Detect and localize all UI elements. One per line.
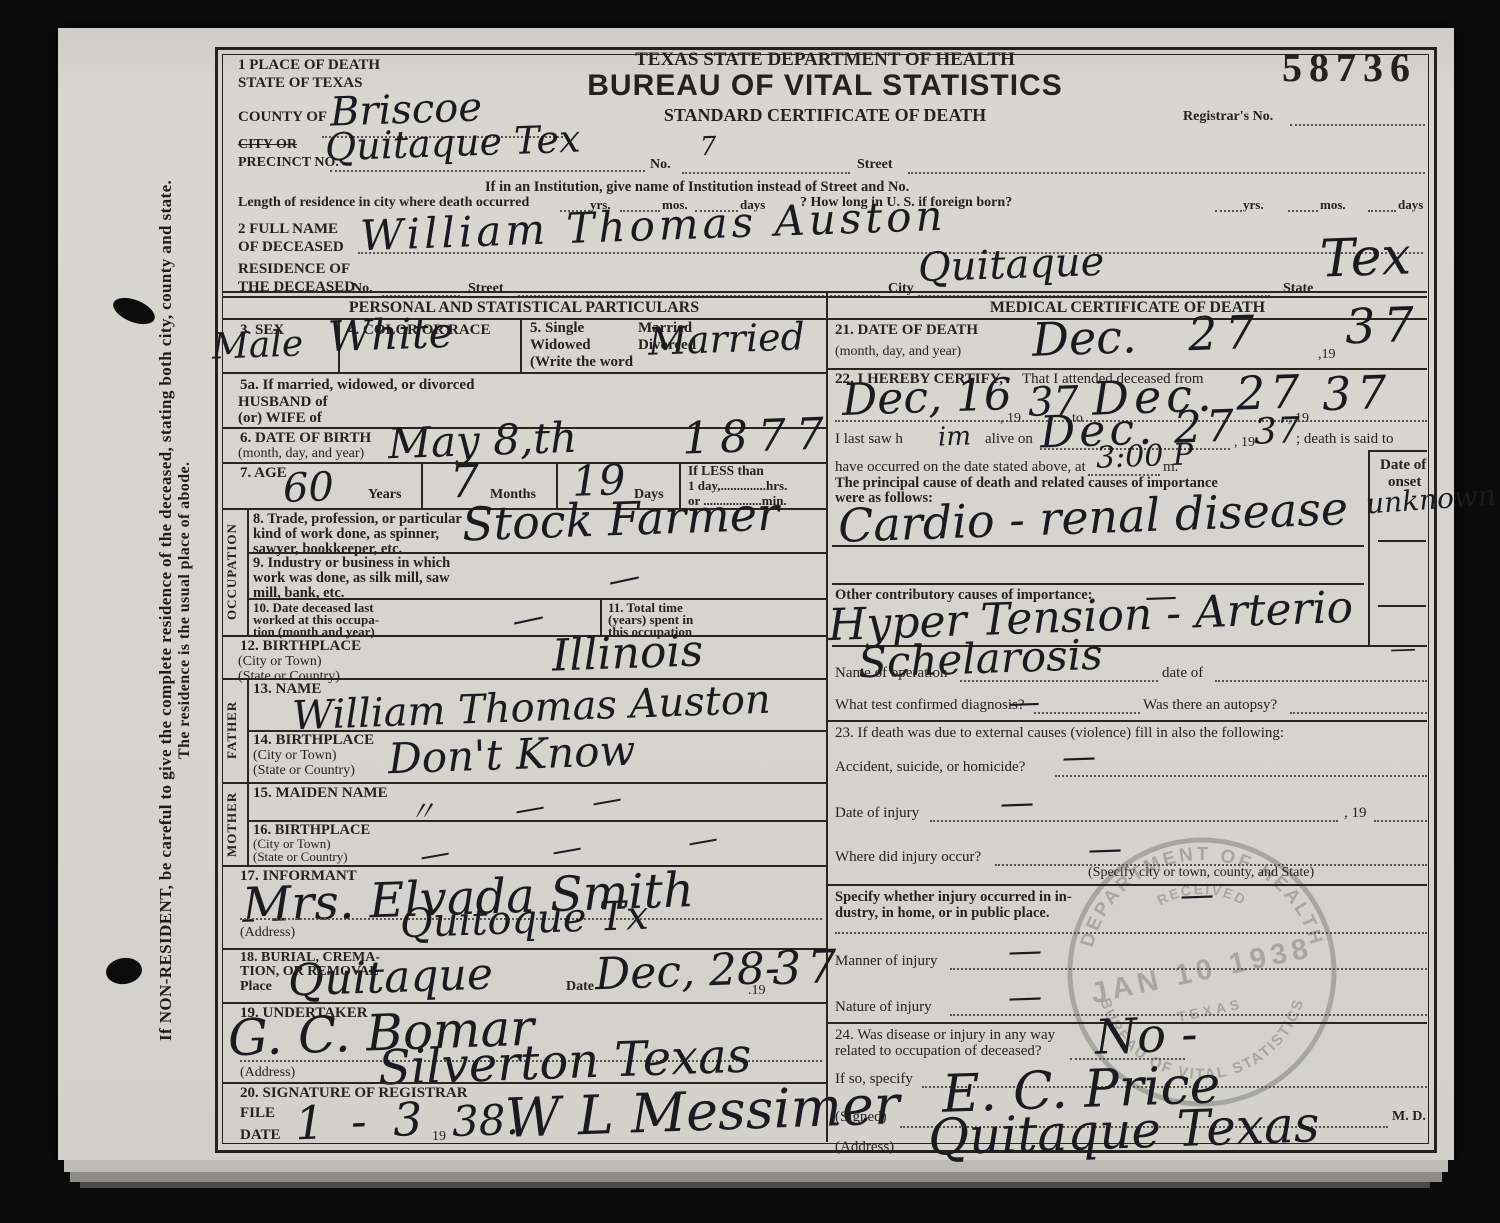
operation-date-line <box>1215 680 1427 682</box>
burial-place-label: Place <box>240 980 272 994</box>
birthplace-value: Illinois <box>551 629 704 678</box>
marital-label-1: 5. Single <box>530 321 584 336</box>
injury-19-line <box>1374 820 1427 822</box>
death-day-value: 27 <box>1187 309 1263 358</box>
paper-stack-edge <box>70 1172 1442 1182</box>
operation-line <box>960 680 1158 682</box>
sex-value: Male <box>211 326 303 365</box>
onset-value: unknown <box>1365 482 1497 519</box>
residence-no-label: No. <box>352 282 373 296</box>
rule <box>828 720 1427 722</box>
certificate-number: 58736 <box>1282 48 1417 88</box>
fullname-label-2: OF DECEASED <box>238 240 344 255</box>
marital-value: Married <box>647 317 805 360</box>
father-birthplace-sub-1: (City or Town) <box>253 749 337 763</box>
dob-sub-label: (month, day, and year) <box>238 447 364 461</box>
residence-state-value: Tex <box>1319 230 1412 285</box>
accident-label: Accident, suicide, or homicide? <box>835 760 1025 775</box>
trade-label-2: kind of work done, as spinner, <box>253 527 439 542</box>
yrs-label-2: yrs. <box>1243 198 1264 211</box>
maiden-name-mark: — <box>590 784 625 819</box>
rule <box>222 782 826 784</box>
burial-year-prefix: .19 <box>748 984 766 998</box>
rule <box>247 552 826 554</box>
institution-note: If in an Institution, give name of Insti… <box>485 180 909 195</box>
injury-specify-label-2: dustry, in home, or in public place. <box>835 906 1049 921</box>
place-of-death-label: 1 PLACE OF DEATH <box>238 58 380 73</box>
residence-length-line <box>1215 210 1242 212</box>
injury-date-label: Date of injury <box>835 806 919 821</box>
dob-label: 6. DATE OF BIRTH <box>240 431 371 446</box>
last-saw-year-prefix: , 19 <box>1234 436 1255 450</box>
mos-label-2: mos. <box>1320 198 1346 211</box>
operation-date-label: date of <box>1162 666 1203 681</box>
injury-where-mark: — <box>1087 831 1122 866</box>
file-label: FILE <box>240 1106 275 1121</box>
informant-address-value: Quitoque Tx <box>399 896 649 945</box>
father-birthplace-sub-2: (State or Country) <box>253 764 355 778</box>
margin-note-line2: The residence is the usual place of abod… <box>176 55 194 1165</box>
burial-place-value: Quitaque <box>287 952 493 1003</box>
attended-from-value: Dec, 16 <box>841 373 1012 423</box>
residence-city-value: Quitaque <box>917 242 1105 288</box>
mother-birthplace-mark: — <box>418 838 453 873</box>
mother-birthplace-mark: — <box>686 824 721 859</box>
last-saw-label-3: ; death is said to <box>1296 432 1394 447</box>
mother-birthplace-mark: — <box>550 833 585 868</box>
marital-label-2: Widowed <box>530 338 591 353</box>
accident-mark: — <box>1061 739 1096 774</box>
group-divider <box>247 782 249 865</box>
autopsy-line <box>1290 712 1427 714</box>
dob-year-value: 1877 <box>681 412 834 461</box>
informant-address-label: (Address) <box>240 926 295 940</box>
date-of-death-sub: (month, day, and year) <box>835 345 961 359</box>
last-saw-him: im <box>938 423 972 450</box>
rule <box>828 884 1427 886</box>
signed-label: (Signed) <box>835 1110 887 1125</box>
death-year-value: 37 <box>1344 301 1423 352</box>
industry-label-2: work was done, as silk mill, saw <box>253 571 450 586</box>
rule <box>222 865 826 867</box>
file-date-label: DATE <box>240 1128 281 1143</box>
occupation-related-label-1: 24. Was disease or injury in any way <box>835 1028 1055 1043</box>
cell-divider <box>520 318 522 372</box>
injury-specify-mark: — <box>1179 877 1214 912</box>
mother-birthplace-sub-2: (State or Country) <box>253 850 348 863</box>
onset-divider <box>1368 450 1370 645</box>
years-label: Years <box>368 488 401 502</box>
marital-label-3: (Write the word <box>530 355 633 370</box>
cell-divider <box>421 462 423 508</box>
file-date-value: 1 - 3 <box>294 1096 429 1147</box>
residence-length-line <box>1368 210 1396 212</box>
race-value: White <box>327 312 454 358</box>
mother-vertical-label: MOTHER <box>224 786 240 862</box>
wife-label: (or) WIFE of <box>238 411 322 426</box>
rule <box>222 635 826 637</box>
external-causes-label: 23. If death was due to external causes … <box>835 726 1284 741</box>
paper-stack-edge <box>80 1182 1430 1188</box>
burial-date-label: Date <box>566 980 594 994</box>
if-less-label-1: If LESS than <box>688 464 764 478</box>
onset-rule <box>1368 450 1427 452</box>
last-saw-label-2: alive on <box>985 432 1033 447</box>
age-years-value: 60 <box>282 467 334 509</box>
section-rule <box>222 291 1427 293</box>
physician-address-label: (Address) <box>835 1140 894 1155</box>
county-label: COUNTY OF <box>238 110 327 125</box>
residence-street-label: Street <box>468 282 504 296</box>
city-value: Quitaque Tex <box>324 120 581 167</box>
left-section-title: PERSONAL AND STATISTICAL PARTICULARS <box>222 300 826 316</box>
rule <box>832 545 1364 547</box>
certificate-title: STANDARD CERTIFICATE OF DEATH <box>520 106 1130 124</box>
onset-line <box>1378 540 1426 542</box>
operation-label: Name of operation <box>835 666 947 681</box>
registrar-no-label: Registrar's No. <box>1183 110 1273 124</box>
street-label: Street <box>857 158 893 172</box>
registrar-no-line <box>1290 124 1425 126</box>
fullname-label-1: 2 FULL NAME <box>238 222 338 237</box>
section-rule <box>222 296 1427 298</box>
blank-line <box>835 932 1427 934</box>
test-line <box>1034 712 1140 714</box>
test-label: What test confirmed diagnosis? <box>835 698 1025 713</box>
father-birthplace-label: 14. BIRTHPLACE <box>253 733 374 748</box>
last-saw-label-1: I last saw h <box>835 432 903 447</box>
margin-note-line1: If NON-RESIDENT, be careful to give the … <box>156 55 176 1165</box>
last-worked-mark: — <box>509 599 547 637</box>
department-title: TEXAS STATE DEPARTMENT OF HEALTH <box>520 50 1130 69</box>
dob-value: May 8,th <box>387 417 577 466</box>
injury-where-label: Where did injury occur? <box>835 850 981 865</box>
manner-line <box>950 968 1427 970</box>
maiden-name-ditto: 〃 <box>408 798 437 827</box>
onset-mark: — <box>1390 636 1417 663</box>
precinct-line <box>330 170 645 172</box>
attended-to-year: 37 <box>1321 369 1393 417</box>
injury-specify-label-1: Specify whether injury occurred in in- <box>835 890 1072 905</box>
trade-label-1: 8. Trade, profession, or particular <box>253 512 462 527</box>
occurred-label: have occurred on the date stated above, … <box>835 460 1086 475</box>
if-so-specify-label: If so, specify <box>835 1072 913 1087</box>
date-of-death-label: 21. DATE OF DEATH <box>835 323 978 338</box>
city-or-label: CITY OR <box>238 138 297 152</box>
fullname-line <box>358 252 1423 254</box>
occurred-m-label: m. <box>1163 460 1178 475</box>
nature-label: Nature of injury <box>835 1000 932 1015</box>
occupation-vertical-label: OCCUPATION <box>224 512 240 632</box>
trade-value: Stock Farmer <box>461 490 779 547</box>
street-no-label: No. <box>650 158 671 172</box>
street-line <box>908 172 1425 174</box>
age-label: 7. AGE <box>240 466 287 481</box>
attended-from-year-prefix: , 19 <box>1000 412 1021 426</box>
manner-label: Manner of injury <box>835 954 937 969</box>
undertaker-address-label: (Address) <box>240 1066 295 1080</box>
md-label: M. D. <box>1392 1110 1426 1124</box>
scanned-death-certificate: If NON-RESIDENT, be careful to give the … <box>0 0 1500 1223</box>
onset-label-1: Date of <box>1380 458 1426 473</box>
injury-date-line <box>930 820 1338 822</box>
injury-date-mark: — <box>999 785 1034 820</box>
occupation-related-value: No - <box>1094 1010 1198 1062</box>
street-no-line <box>682 172 850 174</box>
industry-label-1: 9. Industry or business in which <box>253 556 450 571</box>
autopsy-label: Was there an autopsy? <box>1143 698 1277 713</box>
birthplace-label: 12. BIRTHPLACE <box>240 639 361 654</box>
married-note: 5a. If married, widowed, or divorced <box>240 378 474 393</box>
burial-year-value: 37 <box>771 943 843 991</box>
death-year-prefix: ,19 <box>1318 348 1336 362</box>
occupation-related-label-2: related to occupation of deceased? <box>835 1044 1042 1059</box>
street-no-value: 7 <box>700 134 717 161</box>
residence-label-1: RESIDENCE OF <box>238 262 350 277</box>
birthplace-sub-1: (City or Town) <box>238 655 322 669</box>
manner-mark: — <box>1007 933 1042 968</box>
nature-mark: — <box>1007 979 1042 1014</box>
residence-city-label: City <box>888 282 914 296</box>
group-divider <box>247 508 249 635</box>
father-birthplace-value: Don't Know <box>387 730 636 781</box>
margin-note: If NON-RESIDENT, be careful to give the … <box>156 55 194 1165</box>
rule <box>222 372 826 374</box>
file-year-prefix: 19 <box>432 1130 446 1144</box>
occurred-time-value: 3:00 P <box>1096 440 1194 473</box>
injury-19-label: , 19 <box>1344 806 1367 821</box>
physician-address-value: Quitaque Texas <box>927 1099 1320 1163</box>
death-month-value: Dec. <box>1031 313 1137 363</box>
paper-stack-edge <box>64 1160 1448 1172</box>
residence-state-label: State <box>1283 282 1313 296</box>
last-saw-year: 37 <box>1253 413 1300 451</box>
husband-label: HUSBAND of <box>238 395 328 410</box>
stamp-date: JAN 10 1938 <box>1088 932 1316 1010</box>
days-label-2: days <box>1398 198 1423 211</box>
father-vertical-label: FATHER <box>224 682 240 778</box>
residence-length-line <box>1288 210 1318 212</box>
accident-line <box>1055 775 1427 777</box>
industry-value-mark: — <box>605 559 643 597</box>
onset-line <box>1378 605 1426 607</box>
bureau-title: BUREAU OF VITAL STATISTICS <box>500 71 1150 101</box>
precinct-no-label: PRECINCT NO. <box>238 156 339 170</box>
maiden-name-label: 15. MAIDEN NAME <box>253 786 388 801</box>
